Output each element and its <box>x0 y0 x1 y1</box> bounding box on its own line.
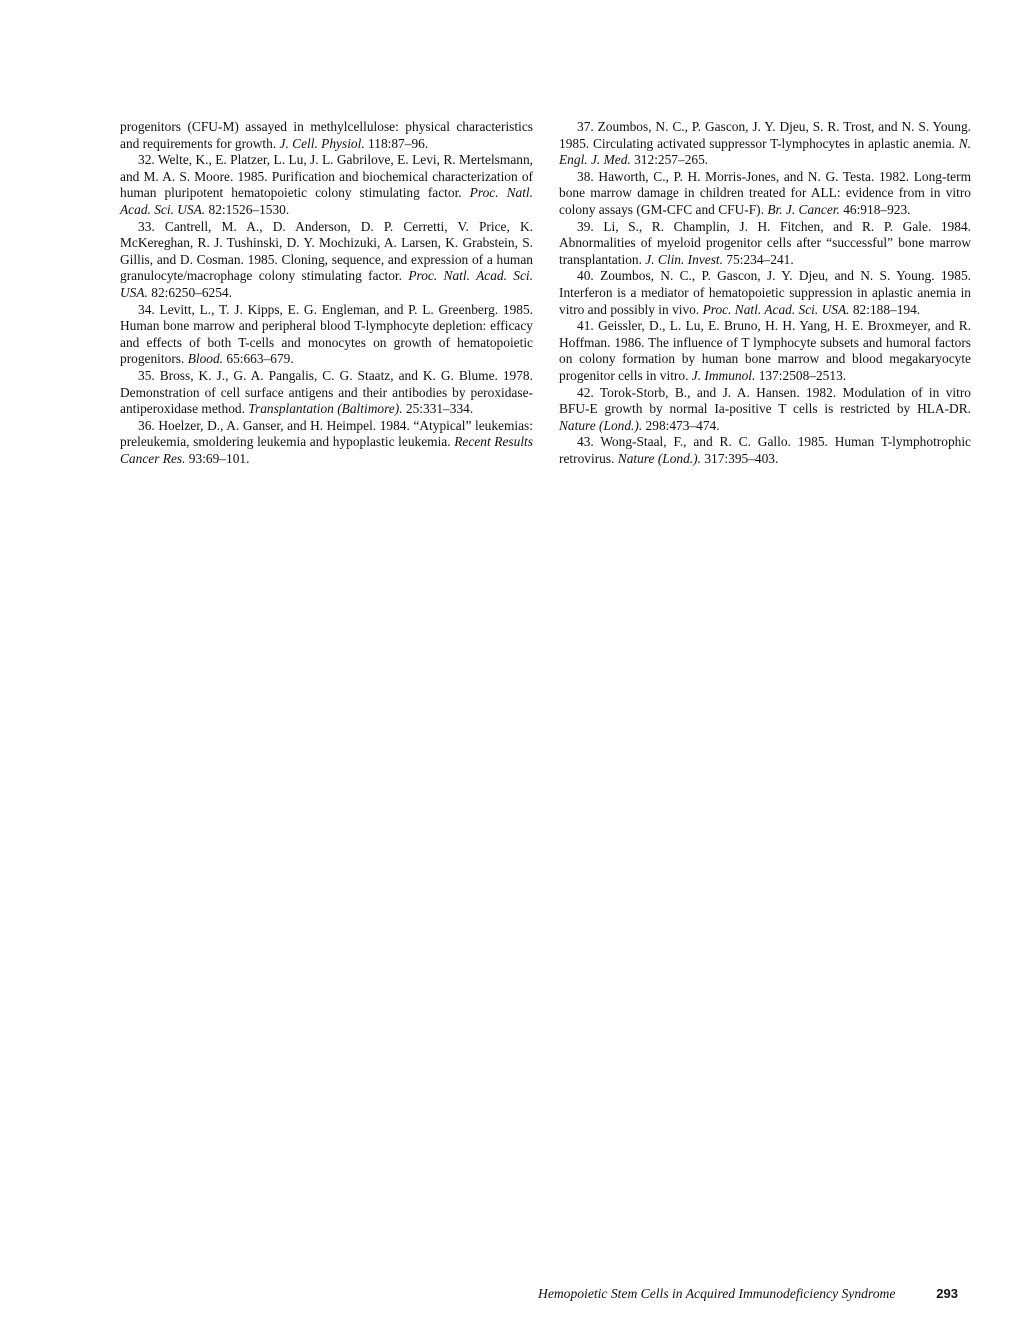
reference-34: 34. Levitt, L., T. J. Kipps, E. G. Engle… <box>120 302 533 368</box>
reference-32: 32. Welte, K., E. Platzer, L. Lu, J. L. … <box>120 152 533 218</box>
reference-42: 42. Torok-Storb, B., and J. A. Hansen. 1… <box>559 385 971 435</box>
journal-name: Br. J. Cancer. <box>767 202 840 217</box>
reference-number: 34. <box>138 302 155 317</box>
reference-citation: 137:2508–2513. <box>755 368 846 383</box>
running-title: Hemopoietic Stem Cells in Acquired Immun… <box>538 1286 895 1301</box>
reference-text: Levitt, L., T. J. Kipps, E. G. Engleman,… <box>120 302 533 367</box>
reference-text: Zoumbos, N. C., P. Gascon, J. Y. Djeu, S… <box>559 119 971 151</box>
journal-name: Nature (Lond.). <box>618 451 701 466</box>
journal-name: Transplantation (Baltimore). <box>248 401 402 416</box>
journal-name: J. Cell. Physiol. <box>280 136 365 151</box>
journal-name: Nature (Lond.). <box>559 418 642 433</box>
reference-citation: 118:87–96. <box>365 136 428 151</box>
reference-number: 41. <box>577 318 594 333</box>
journal-name: Proc. Natl. Acad. Sci. USA. <box>703 302 850 317</box>
reference-number: 32. <box>138 152 155 167</box>
reference-33: 33. Cantrell, M. A., D. Anderson, D. P. … <box>120 219 533 302</box>
reference-39: 39. Li, S., R. Champlin, J. H. Fitchen, … <box>559 219 971 269</box>
references-right-column: 37. Zoumbos, N. C., P. Gascon, J. Y. Dje… <box>559 119 971 467</box>
reference-40: 40. Zoumbos, N. C., P. Gascon, J. Y. Dje… <box>559 268 971 318</box>
reference-35: 35. Bross, K. J., G. A. Pangalis, C. G. … <box>120 368 533 418</box>
reference-number: 33. <box>138 219 155 234</box>
journal-name: J. Immunol. <box>692 368 756 383</box>
reference-citation: 82:188–194. <box>849 302 920 317</box>
reference-number: 35. <box>138 368 155 383</box>
reference-41: 41. Geissler, D., L. Lu, E. Bruno, H. H.… <box>559 318 971 384</box>
reference-number: 43. <box>577 434 594 449</box>
reference-37: 37. Zoumbos, N. C., P. Gascon, J. Y. Dje… <box>559 119 971 169</box>
reference-citation: 46:918–923. <box>840 202 911 217</box>
reference-citation: 93:69–101. <box>185 451 249 466</box>
reference-citation: 65:663–679. <box>223 351 294 366</box>
journal-name: Blood. <box>188 351 223 366</box>
references-left-column: progenitors (CFU-M) assayed in methylcel… <box>120 119 533 467</box>
reference-citation: 82:6250–6254. <box>148 285 232 300</box>
reference-31-continued: progenitors (CFU-M) assayed in methylcel… <box>120 119 533 152</box>
reference-number: 37. <box>577 119 594 134</box>
reference-text: Torok-Storb, B., and J. A. Hansen. 1982.… <box>559 385 971 417</box>
reference-citation: 317:395–403. <box>701 451 778 466</box>
reference-number: 36. <box>138 418 155 433</box>
page-number: 293 <box>936 1286 958 1301</box>
reference-number: 38. <box>577 169 594 184</box>
reference-43: 43. Wong-Staal, F., and R. C. Gallo. 198… <box>559 434 971 467</box>
journal-name: J. Clin. Invest. <box>645 252 723 267</box>
reference-number: 42. <box>577 385 594 400</box>
reference-citation: 312:257–265. <box>631 152 708 167</box>
reference-citation: 75:234–241. <box>723 252 794 267</box>
reference-citation: 25:331–334. <box>403 401 474 416</box>
reference-number: 39. <box>577 219 594 234</box>
reference-number: 40. <box>577 268 594 283</box>
reference-36: 36. Hoelzer, D., A. Ganser, and H. Heimp… <box>120 418 533 468</box>
page-footer: Hemopoietic Stem Cells in Acquired Immun… <box>538 1286 958 1302</box>
reference-38: 38. Haworth, C., P. H. Morris-Jones, and… <box>559 169 971 219</box>
reference-citation: 298:473–474. <box>642 418 719 433</box>
reference-citation: 82:1526–1530. <box>205 202 289 217</box>
